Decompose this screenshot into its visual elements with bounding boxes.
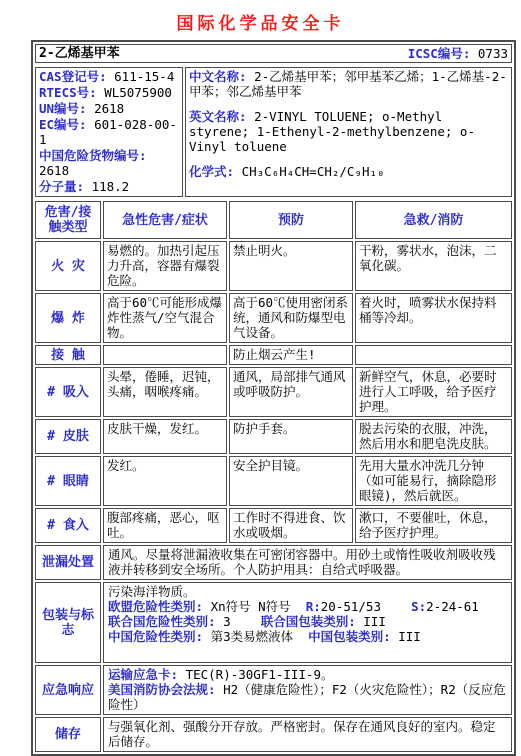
- row-type-label: 应急响应: [35, 665, 101, 715]
- icsc-value: 0733: [478, 46, 508, 61]
- hazard-header-row: 危害/接触类型急性危害/症状预防急救/消防: [35, 201, 512, 239]
- field-value: Xn符号 N符号: [211, 599, 306, 614]
- info-cell: 通风。尽量将泄漏液收集在可密闭容器中。用砂土或惰性吸收剂吸收残液并转移到安全场所…: [103, 545, 512, 580]
- row-type-label: 储存: [35, 717, 101, 752]
- hazard-cell: 头晕，倦睡，迟钝，头痛，咽喉疼痛。: [103, 367, 227, 417]
- identifier-list: CAS登记号: 611-15-4RTECS号: WL5075900UN编号: 2…: [35, 67, 183, 197]
- name-line: 英文名称: 2-VINYL TOLUENE; o-Methyl styrene;…: [189, 109, 508, 154]
- hazard-cell: 高于60℃使用密闭系统，通风和防爆型电气设备。: [229, 293, 353, 343]
- identifier-line: RTECS号: WL5075900: [39, 85, 179, 100]
- field-label: 联合国包装类别:: [261, 614, 364, 629]
- page-title: 国际化学品安全卡: [0, 9, 521, 34]
- identifier-value: WL5075900: [104, 85, 172, 100]
- hazard-cell: 易燃的。加热引起压力升高，容器有爆裂危险。: [103, 241, 227, 291]
- identifier-label: 分子量:: [39, 179, 84, 194]
- hazard-row: # 眼睛发红。安全护目镜。先用大量水冲洗几分钟（如可能易行，摘除隐形眼镜)，然后…: [35, 456, 512, 506]
- identifier-value: 2618: [94, 101, 124, 116]
- card-header-cell: 2-乙烯基甲苯 ICSC编号: 0733: [35, 44, 512, 63]
- info-line: 欧盟危险性类别: Xn符号 N符号 R:20-51/53 S:2-24-61: [108, 599, 507, 614]
- hazard-cell: 工作时不得进食、饮水或吸烟。: [229, 508, 353, 543]
- row-type-label: 泄漏处置: [35, 545, 101, 580]
- row-type-label: 接 触: [35, 345, 101, 365]
- row-type-label: 火 灾: [35, 241, 101, 291]
- field-value: 通风。尽量将泄漏液收集在可密闭容器中。用砂土或惰性吸收剂吸收残液并转移到安全场所…: [108, 547, 496, 577]
- hazard-cell: 安全护目镜。: [229, 456, 353, 506]
- column-header: 急性危害/症状: [103, 201, 227, 239]
- hazard-row: 应急响应运输应急卡: TEC(R)-30GF1-III-9。美国消防协会法规: …: [35, 665, 512, 715]
- hazard-cell: 先用大量水冲洗几分钟（如可能易行，摘除隐形眼镜)，然后就医。: [355, 456, 512, 506]
- name-line: 化学式: CH₃C₆H₄CH=CH₂/C₉H₁₀: [189, 164, 508, 179]
- field-value: 与强氧化剂、强酸分开存放。严格密封。保存在通风良好的室内。稳定后储存。: [108, 719, 496, 749]
- field-label: R:: [306, 599, 321, 614]
- icsc-number: ICSC编号: 0733: [408, 46, 508, 61]
- hazard-cell: 防护手套。: [229, 419, 353, 454]
- hazard-body: 火 灾易燃的。加热引起压力升高，容器有爆裂危险。禁止明火。干粉，雾状水，泡沫，二…: [35, 241, 512, 752]
- icsc-label: ICSC编号:: [408, 46, 471, 61]
- field-label: 中国危险性类别:: [108, 629, 211, 644]
- hazard-row: # 吸入头晕，倦睡，迟钝，头痛，咽喉疼痛。通风，局部排气通风或呼吸防护。新鲜空气…: [35, 367, 512, 417]
- field-value: TEC(R)-30GF1-III-9。: [186, 667, 334, 682]
- column-header: 预防: [229, 201, 353, 239]
- identifier-value: 118.2: [92, 179, 130, 194]
- field-value: 第3类易燃液体: [211, 629, 309, 644]
- hazard-cell: 腹部疼痛，恶心，呕吐。: [103, 508, 227, 543]
- identifier-line: 中国危险货物编号: 2618: [39, 148, 179, 178]
- identifier-line: 分子量: 118.2: [39, 179, 179, 194]
- hazard-cell: 皮肤干燥，发红。: [103, 419, 227, 454]
- info-line: 美国消防协会法规: H2（健康危险性）；F2（火灾危险性）；R2（反应危险性）: [108, 682, 507, 712]
- info-line: 运输应急卡: TEC(R)-30GF1-III-9。: [108, 667, 507, 682]
- identification-table: CAS登记号: 611-15-4RTECS号: WL5075900UN编号: 2…: [33, 65, 514, 199]
- name-label: 中文名称:: [189, 69, 247, 84]
- column-header: 急救/消防: [355, 201, 512, 239]
- field-label: 欧盟危险性类别:: [108, 599, 211, 614]
- hazard-row: # 食入腹部疼痛，恶心，呕吐。工作时不得进食、饮水或吸烟。漱口，不要催吐，休息，…: [35, 508, 512, 543]
- info-line: 污染海洋物质。: [108, 584, 507, 599]
- info-cell: 污染海洋物质。欧盟危险性类别: Xn符号 N符号 R:20-51/53 S:2-…: [103, 582, 512, 663]
- chemical-name: 2-乙烯基甲苯: [39, 46, 120, 61]
- hazard-row: # 皮肤皮肤干燥，发红。防护手套。脱去污染的衣服，冲洗，然后用水和肥皂洗皮肤。: [35, 419, 512, 454]
- card-header-table: 2-乙烯基甲苯 ICSC编号: 0733: [33, 42, 514, 65]
- hazard-row: 泄漏处置通风。尽量将泄漏液收集在可密闭容器中。用砂土或惰性吸收剂吸收残液并转移到…: [35, 545, 512, 580]
- info-cell: 与强氧化剂、强酸分开存放。严格密封。保存在通风良好的室内。稳定后储存。: [103, 717, 512, 752]
- identifier-value: 611-15-4: [114, 69, 174, 84]
- safety-card: 2-乙烯基甲苯 ICSC编号: 0733 CAS登记号: 611-15-4RTE…: [31, 40, 516, 756]
- name-label: 化学式:: [189, 164, 234, 179]
- column-header: 危害/接触类型: [35, 201, 101, 239]
- info-line: 中国危险性类别: 第3类易燃液体 中国包装类别: III: [108, 629, 507, 644]
- name-value: CH₃C₆H₄CH=CH₂/C₉H₁₀: [242, 164, 385, 179]
- hazard-cell: 高于60℃可能形成爆炸性蒸气/空气混合物。: [103, 293, 227, 343]
- hazard-cell: 干粉，雾状水，泡沫，二氧化碳。: [355, 241, 512, 291]
- hazard-cell: 防止烟云产生!: [229, 345, 353, 365]
- field-value: III: [398, 629, 421, 644]
- field-label: 联合国危险性类别:: [108, 614, 223, 629]
- field-label: 中国包装类别:: [308, 629, 398, 644]
- hazard-table: 危害/接触类型急性危害/症状预防急救/消防 火 灾易燃的。加热引起压力升高，容器…: [33, 199, 514, 754]
- row-type-label: 包装与标志: [35, 582, 101, 663]
- field-value: III: [363, 614, 386, 629]
- hazard-cell: 新鲜空气，休息，必要时进行人工呼吸，给予医疗护理。: [355, 367, 512, 417]
- row-type-label: # 眼睛: [35, 456, 101, 506]
- field-value: 污染海洋物质。: [108, 584, 196, 599]
- field-value: 3: [223, 614, 261, 629]
- field-label: S:: [411, 599, 426, 614]
- hazard-cell: 着火时，喷雾状水保持料桶等冷却。: [355, 293, 512, 343]
- field-value: 2-24-61: [426, 599, 479, 614]
- hazard-cell: [355, 345, 512, 365]
- field-value: 20-51/53: [321, 599, 411, 614]
- info-line: 通风。尽量将泄漏液收集在可密闭容器中。用砂土或惰性吸收剂吸收残液并转移到安全场所…: [108, 547, 507, 577]
- identifier-line: UN编号: 2618: [39, 101, 179, 116]
- identifier-line: CAS登记号: 611-15-4: [39, 69, 179, 84]
- identification-row: CAS登记号: 611-15-4RTECS号: WL5075900UN编号: 2…: [35, 67, 512, 197]
- hazard-cell: 禁止明火。: [229, 241, 353, 291]
- name-line: 中文名称: 2-乙烯基甲苯；邻甲基苯乙烯；1-乙烯基-2-甲苯；邻乙烯基甲苯: [189, 69, 508, 99]
- hazard-row: 爆 炸高于60℃可能形成爆炸性蒸气/空气混合物。高于60℃使用密闭系统，通风和防…: [35, 293, 512, 343]
- hazard-row: 火 灾易燃的。加热引起压力升高，容器有爆裂危险。禁止明火。干粉，雾状水，泡沫，二…: [35, 241, 512, 291]
- hazard-cell: 发红。: [103, 456, 227, 506]
- name-label: 英文名称:: [189, 109, 247, 124]
- field-label: 美国消防协会法规:: [108, 682, 223, 697]
- hazard-row: 包装与标志污染海洋物质。欧盟危险性类别: Xn符号 N符号 R:20-51/53…: [35, 582, 512, 663]
- identifier-line: EC编号: 601-028-00-1: [39, 117, 179, 147]
- identifier-label: CAS登记号:: [39, 69, 107, 84]
- identifier-label: 中国危险货物编号:: [39, 148, 147, 163]
- info-line: 与强氧化剂、强酸分开存放。严格密封。保存在通风良好的室内。稳定后储存。: [108, 719, 507, 749]
- row-type-label: # 食入: [35, 508, 101, 543]
- card-header-row: 2-乙烯基甲苯 ICSC编号: 0733: [35, 44, 512, 63]
- info-cell: 运输应急卡: TEC(R)-30GF1-III-9。美国消防协会法规: H2（健…: [103, 665, 512, 715]
- row-type-label: 爆 炸: [35, 293, 101, 343]
- row-type-label: # 皮肤: [35, 419, 101, 454]
- info-line: 联合国危险性类别: 3 联合国包装类别: III: [108, 614, 507, 629]
- hazard-cell: 漱口，不要催吐，休息，给予医疗护理。: [355, 508, 512, 543]
- hazard-cell: [103, 345, 227, 365]
- identifier-label: RTECS号:: [39, 85, 97, 100]
- field-label: 运输应急卡:: [108, 667, 186, 682]
- name-list: 中文名称: 2-乙烯基甲苯；邻甲基苯乙烯；1-乙烯基-2-甲苯；邻乙烯基甲苯英文…: [185, 67, 512, 197]
- hazard-cell: 通风，局部排气通风或呼吸防护。: [229, 367, 353, 417]
- identifier-label: EC编号:: [39, 117, 87, 132]
- identifier-value: 2618: [39, 163, 69, 178]
- hazard-row: 储存与强氧化剂、强酸分开存放。严格密封。保存在通风良好的室内。稳定后储存。: [35, 717, 512, 752]
- hazard-row: 接 触防止烟云产生!: [35, 345, 512, 365]
- row-type-label: # 吸入: [35, 367, 101, 417]
- hazard-cell: 脱去污染的衣服，冲洗，然后用水和肥皂洗皮肤。: [355, 419, 512, 454]
- identifier-label: UN编号:: [39, 101, 87, 116]
